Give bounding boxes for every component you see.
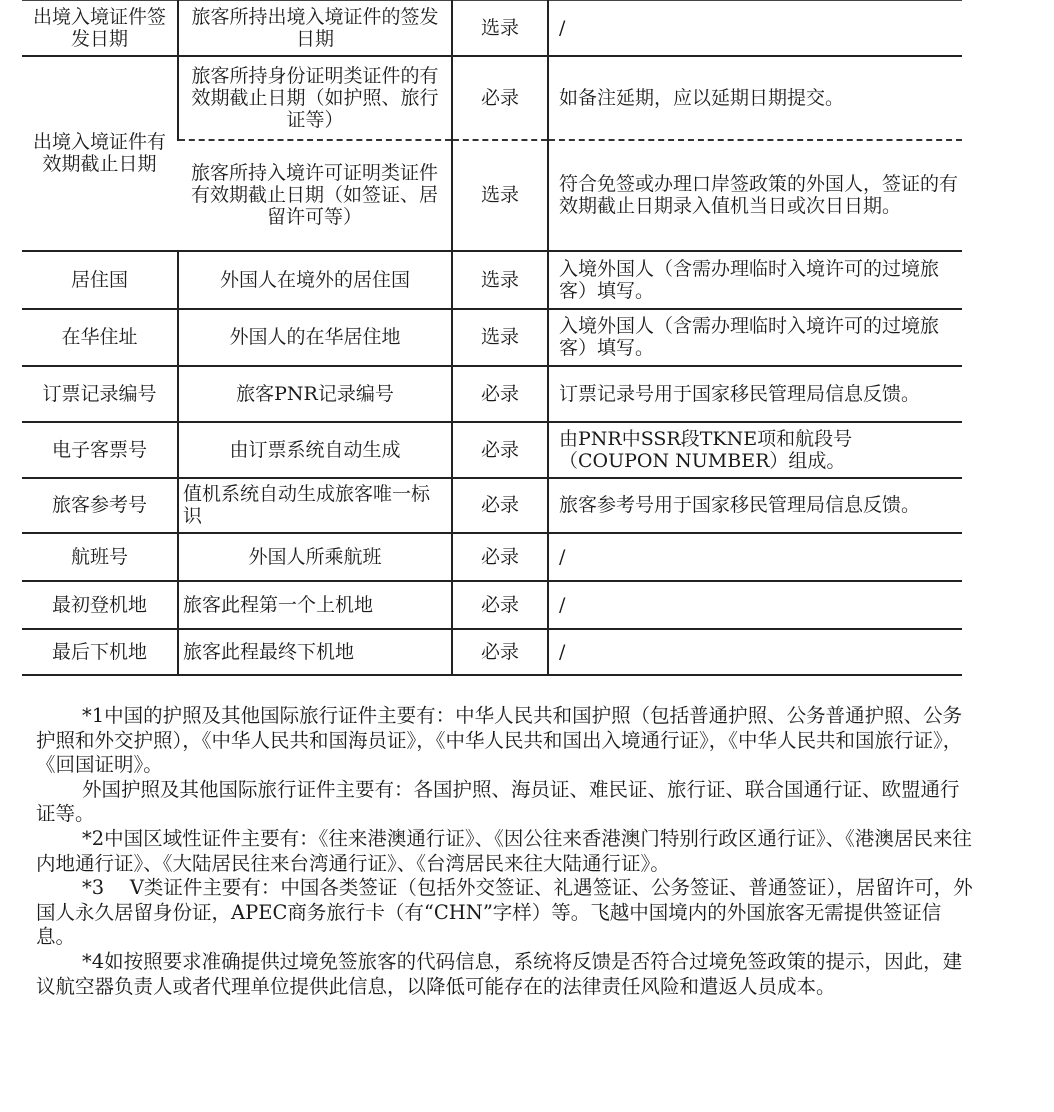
field-description: 值机系统自动生成旅客唯一标识 (178, 478, 452, 533)
field-description: 旅客PNR记录编号 (178, 366, 452, 422)
requirement: 必录 (452, 422, 548, 478)
field-description: 旅客此程最终下机地 (178, 629, 452, 675)
field-spec-table: 出境入境证件签发日期 旅客所持出境入境证件的签发日期 选录 / 出境入境证件有效… (22, 0, 962, 676)
table-row: 电子客票号 由订票系统自动生成 必录 由PNR中SSR段TKNE项和航段号（CO… (22, 422, 962, 478)
remark: / (548, 629, 962, 675)
requirement: 必录 (452, 56, 548, 140)
table-row: 在华住址 外国人的在华居住地 选录 入境外国人（含需办理临时入境许可的过境旅客）… (22, 309, 962, 366)
field-name: 订票记录编号 (22, 366, 178, 422)
remark: / (548, 581, 962, 629)
field-name: 在华住址 (22, 309, 178, 366)
table-row: 航班号 外国人所乘航班 必录 / (22, 533, 962, 581)
footnote-2: *2中国区域性证件主要有：《往来港澳通行证》、《因公往来香港澳门特别行政区通行证… (36, 827, 976, 876)
table-row: 出境入境证件有效期截止日期 旅客所持身份证明类证件的有效期截止日期（如护照、旅行… (22, 56, 962, 140)
remark: 旅客参考号用于国家移民管理局信息反馈。 (548, 478, 962, 533)
field-name: 出境入境证件签发日期 (22, 1, 178, 56)
footnote-1: *1中国的护照及其他国际旅行证件主要有：中华人民共和国护照（包括普通护照、公务普… (36, 704, 976, 778)
field-name: 出境入境证件有效期截止日期 (22, 56, 178, 251)
requirement: 选录 (452, 1, 548, 56)
remark: / (548, 533, 962, 581)
remark: 符合免签或办理口岸签政策的外国人，签证的有效期截止日期录入值机当日或次日日期。 (548, 140, 962, 251)
field-description: 旅客所持出境入境证件的签发日期 (178, 1, 452, 56)
requirement: 必录 (452, 478, 548, 533)
remark: 如备注延期，应以延期日期提交。 (548, 56, 962, 140)
requirement: 选录 (452, 309, 548, 366)
requirement: 必录 (452, 581, 548, 629)
footnotes: *1中国的护照及其他国际旅行证件主要有：中华人民共和国护照（包括普通护照、公务普… (36, 704, 976, 999)
field-description: 旅客所持入境许可证明类证件有效期截止日期（如签证、居留许可等） (178, 140, 452, 251)
requirement: 必录 (452, 629, 548, 675)
footnote-4: *4如按照要求准确提供过境免签旅客的代码信息，系统将反馈是否符合过境免签政策的提… (36, 950, 976, 999)
table-row: 最后下机地 旅客此程最终下机地 必录 / (22, 629, 962, 675)
field-name: 旅客参考号 (22, 478, 178, 533)
field-name: 最后下机地 (22, 629, 178, 675)
field-description: 旅客所持身份证明类证件的有效期截止日期（如护照、旅行证等） (178, 56, 452, 140)
field-description: 由订票系统自动生成 (178, 422, 452, 478)
field-name: 居住国 (22, 251, 178, 309)
field-name: 航班号 (22, 533, 178, 581)
field-name: 最初登机地 (22, 581, 178, 629)
field-description: 外国人所乘航班 (178, 533, 452, 581)
requirement: 选录 (452, 140, 548, 251)
requirement: 选录 (452, 251, 548, 309)
requirement: 必录 (452, 366, 548, 422)
field-description: 外国人在境外的居住国 (178, 251, 452, 309)
table-row: 居住国 外国人在境外的居住国 选录 入境外国人（含需办理临时入境许可的过境旅客）… (22, 251, 962, 309)
table-row: 旅客参考号 值机系统自动生成旅客唯一标识 必录 旅客参考号用于国家移民管理局信息… (22, 478, 962, 533)
table-row: 出境入境证件签发日期 旅客所持出境入境证件的签发日期 选录 / (22, 1, 962, 56)
table-row: 订票记录编号 旅客PNR记录编号 必录 订票记录号用于国家移民管理局信息反馈。 (22, 366, 962, 422)
requirement: 必录 (452, 533, 548, 581)
remark: 入境外国人（含需办理临时入境许可的过境旅客）填写。 (548, 251, 962, 309)
remark: 由PNR中SSR段TKNE项和航段号（COUPON NUMBER）组成。 (548, 422, 962, 478)
field-name: 电子客票号 (22, 422, 178, 478)
field-description: 旅客此程第一个上机地 (178, 581, 452, 629)
footnote-1-foreign: 外国护照及其他国际旅行证件主要有：各国护照、海员证、难民证、旅行证、联合国通行证… (36, 778, 976, 827)
field-description: 外国人的在华居住地 (178, 309, 452, 366)
footnote-3: *3 V类证件主要有：中国各类签证（包括外交签证、礼遇签证、公务签证、普通签证）… (36, 876, 976, 950)
remark: 入境外国人（含需办理临时入境许可的过境旅客）填写。 (548, 309, 962, 366)
table-row: 最初登机地 旅客此程第一个上机地 必录 / (22, 581, 962, 629)
remark: 订票记录号用于国家移民管理局信息反馈。 (548, 366, 962, 422)
remark: / (548, 1, 962, 56)
